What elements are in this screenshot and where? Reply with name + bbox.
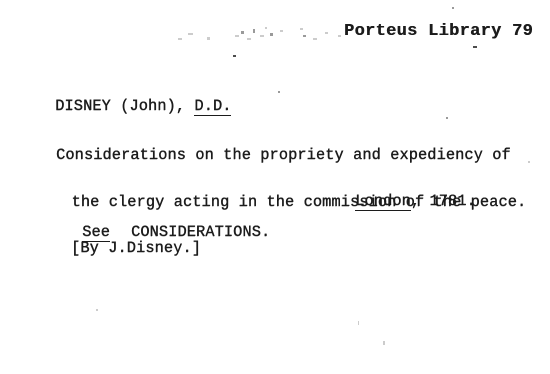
title-line-1: Considerations on the propriety and expe… [56,148,526,164]
scan-speck [358,321,359,325]
imprint-line: London, 1781. [318,178,476,225]
pencil-smudge-mark [300,28,303,30]
pencil-smudge-mark [303,35,306,37]
scan-speck [452,7,454,9]
see-label: See [82,223,110,243]
pencil-smudge-mark [253,29,255,33]
pencil-smudge-mark [265,27,267,29]
pencil-smudge-mark [280,30,283,32]
pencil-smudge-mark [260,35,264,37]
pencil-smudge-mark [270,33,273,36]
author-honorific: D.D. [194,97,231,117]
pencil-smudge-mark [235,35,239,37]
author-name: DISNEY (John), [55,97,194,115]
pencil-smudge-mark [338,35,341,37]
pencil-smudge-mark [178,38,182,40]
scan-speck [278,91,280,93]
scan-speck [473,46,477,48]
pencil-smudge-mark [188,33,193,35]
imprint-date: , 1781. [411,192,476,210]
scan-speck [233,55,236,57]
pencil-smudge-mark [313,38,317,40]
catalog-card: Porteus Library 79 DISNEY (John), D.D. C… [0,0,550,374]
see-target: CONSIDERATIONS. [131,223,270,241]
pencil-smudge-mark [325,32,328,34]
imprint-place: London [355,192,411,212]
cross-reference-line: SeeCONSIDERATIONS. [45,209,270,256]
scan-speck [528,161,530,163]
library-stamp: Porteus Library 79 [344,24,533,40]
pencil-smudge-mark [247,38,251,40]
scan-speck [383,341,385,345]
pencil-smudge-mark [241,31,244,34]
scan-speck [96,309,98,311]
pencil-smudge-mark [207,37,210,40]
scan-speck [446,117,448,119]
